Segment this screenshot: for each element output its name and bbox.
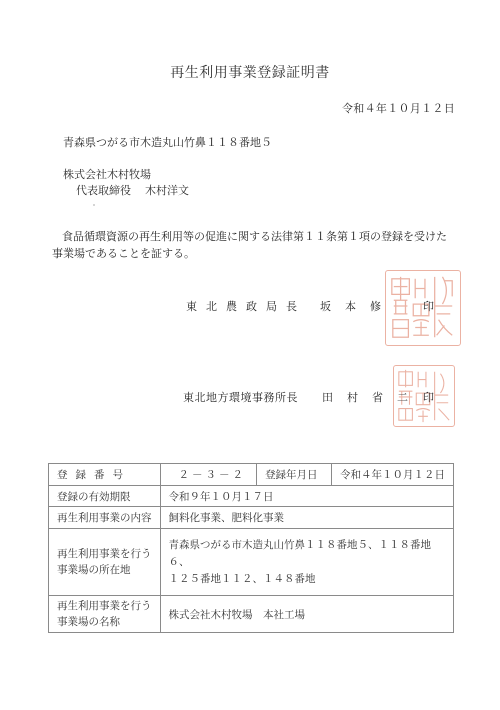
label-line-1: 再生利用事業を行う bbox=[57, 598, 152, 614]
cell-registration-date: 令和４年１０月１２日 bbox=[332, 464, 454, 486]
cell-business-content: 飼料化事業、肥料化事業 bbox=[160, 507, 454, 529]
location-line-1: 青森県つがる市木造丸山竹鼻１１８番地５、１１８番地６、 bbox=[169, 537, 446, 571]
cell-site-name: 株式会社木村牧場 本社工場 bbox=[160, 596, 454, 633]
cell-label-registration-date: 登録年月日 bbox=[257, 464, 332, 486]
cell-expiry-date: 令和９年１０月１７日 bbox=[160, 486, 454, 507]
recipient-company: 株式会社木村牧場 bbox=[63, 166, 151, 182]
seal-mark-label: 印 bbox=[423, 389, 434, 405]
representative-title: 代表取締役 bbox=[76, 184, 131, 197]
cell-site-location: 青森県つがる市木造丸山竹鼻１１８番地５、１１８番地６、 １２５番地１１２、１４８… bbox=[160, 529, 454, 596]
statement-line-1: 食品循環資源の再生利用等の促進に関する法律第１１条第１項の登録を受けた bbox=[62, 230, 447, 243]
label-line-2: 事業場の名称 bbox=[57, 614, 152, 630]
cell-label: 再生利用事業を行う 事業場の所在地 bbox=[49, 529, 161, 596]
statement-line-2: 事業場であることを証する。 bbox=[52, 245, 492, 262]
seal-mark-label: 印 bbox=[423, 298, 434, 314]
official-signature-2: 東北地方環境事務所長 田村省二 bbox=[183, 389, 422, 405]
table-row-registration-number: 登録番号 ２－３－２ 登録年月日 令和４年１０月１２日 bbox=[49, 464, 454, 486]
official-organization: 東北農政局長 bbox=[186, 298, 306, 314]
cell-label: 登録番号 bbox=[49, 464, 161, 486]
official-organization: 東北地方環境事務所長 bbox=[183, 389, 298, 405]
recipient-address: 青森県つがる市木造丸山竹鼻１１８番地５ bbox=[63, 134, 272, 150]
representative-name: 木村洋文 bbox=[145, 184, 189, 197]
table-row-expiry: 登録の有効期限 令和９年１０月１７日 bbox=[49, 486, 454, 507]
official-name: 坂本修 bbox=[320, 298, 395, 314]
cell-label: 登録の有効期限 bbox=[49, 486, 161, 507]
label-line-1: 再生利用事業を行う bbox=[57, 546, 152, 562]
document-title: 再生利用事業登録証明書 bbox=[0, 62, 500, 82]
recipient-representative: 代表取締役木村洋文 bbox=[76, 182, 189, 198]
cell-registration-number: ２－３－２ bbox=[160, 464, 257, 486]
scan-artifact-dot bbox=[93, 204, 95, 206]
certification-statement: 食品循環資源の再生利用等の促進に関する法律第１１条第１項の登録を受けた 事業場で… bbox=[52, 228, 492, 262]
official-name: 田村省二 bbox=[322, 389, 422, 405]
location-line-2: １２５番地１１２、１４８番地 bbox=[169, 571, 446, 588]
registration-table: 登録番号 ２－３－２ 登録年月日 令和４年１０月１２日 登録の有効期限 令和９年… bbox=[48, 463, 454, 633]
table-row-site-location: 再生利用事業を行う 事業場の所在地 青森県つがる市木造丸山竹鼻１１８番地５、１１… bbox=[49, 529, 454, 596]
issue-date: 令和４年１０月１２日 bbox=[342, 100, 455, 116]
table-row-site-name: 再生利用事業を行う 事業場の名称 株式会社木村牧場 本社工場 bbox=[49, 596, 454, 633]
cell-label: 再生利用事業の内容 bbox=[49, 507, 161, 529]
table-row-business-content: 再生利用事業の内容 飼料化事業、肥料化事業 bbox=[49, 507, 454, 529]
official-signature-1: 東北農政局長 坂本修 bbox=[186, 298, 395, 314]
label-line-2: 事業場の所在地 bbox=[57, 562, 152, 578]
cell-label: 再生利用事業を行う 事業場の名称 bbox=[49, 596, 161, 633]
